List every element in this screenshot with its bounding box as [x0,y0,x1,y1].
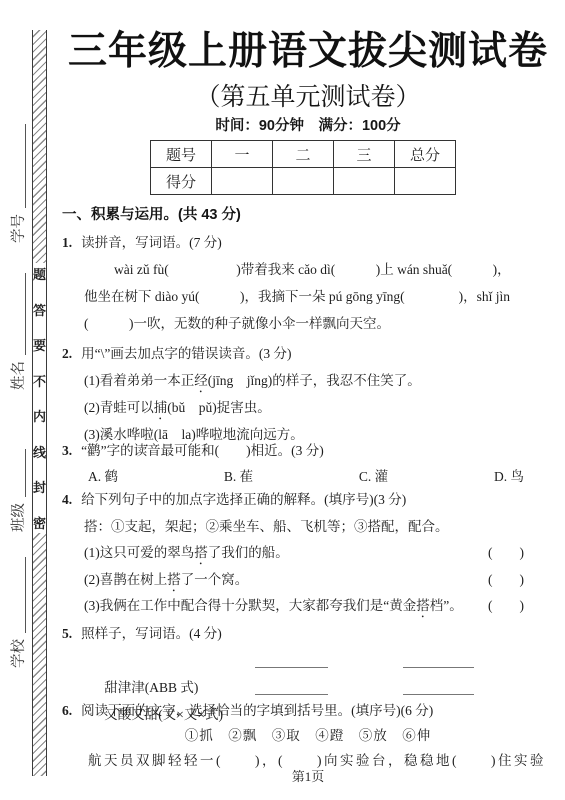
score-row-label: 得分 [151,168,212,195]
answer-parentheses: ( ) [488,540,554,567]
score-table-score-row: 得分 [151,168,456,195]
question-2-item-1: (1)看着弟弟一本正经(jīng jǐng)的样子，我忍不住笑了。 [62,367,554,394]
item-text: (1)这只可爱的翠鸟 [84,545,194,560]
seal-char: 题 [33,264,46,283]
score-header-cell: 二 [273,141,334,168]
seal-hatch-bottom [33,533,46,776]
question-6-text: 阅读下面的文字，选择恰当的字填到括号里。(填序号)(6 分) [81,703,433,718]
exam-time-score-info: 时间：90分钟 满分：100分 [62,114,554,135]
answer-blank-line [255,667,328,668]
question-2-text: 用“\”画去加点字的错误读音。(3 分) [81,346,291,361]
question-4-gloss: 搭：①支起，架起；②乘坐车、船、飞机等；③搭配，配合。 [62,514,554,541]
score-header-cell: 总分 [395,141,456,168]
seal-char: 封 [33,477,46,496]
score-empty-cell [334,168,395,195]
seal-char: 要 [33,335,46,354]
question-3-number: 3. [62,443,72,458]
question-5-number: 5. [62,626,72,641]
dotted-character: 搭 [167,572,181,587]
item-sentence: (2)喜鹊在树上搭了一个窝。 [84,567,248,594]
seal-char: 答 [33,300,46,319]
item-text: 了一个窝。 [181,572,249,587]
item-text: 了我们的船。 [208,545,289,560]
question-6-title: 6.阅读下面的文字，选择恰当的字填到括号里。(填序号)(6 分) [62,698,554,723]
answer-blank-line [403,694,474,695]
question-2-number: 2. [62,346,72,361]
question-1-text: 读拼音，写词语。(7 分) [81,235,222,250]
score-header-cell: 三 [334,141,395,168]
page-number: 第1页 [62,766,554,785]
exam-page: 三年级上册语文拔尖测试卷 （第五单元测试卷） 时间：90分钟 满分：100分 题… [62,0,554,800]
item-text: (2)喜鹊在树上 [84,572,167,587]
question-4-text: 给下列句子中的加点字选择正确的解释。(填序号)(3 分) [81,492,406,507]
dotted-character: 搭 [194,545,208,560]
school-text: 学校 [8,639,30,668]
item-sentence: (3)我俩在工作中配合得十分默契，大家都夸我们是“黄金搭档”。 [84,593,463,620]
seal-char: 密 [33,513,46,532]
dotted-character: 经 [194,373,208,388]
question-5-row-2: 又酸又甜(又×又×式) [62,674,554,701]
dotted-character: 捕 [154,400,168,415]
question-5-text: 照样子，写词语。(4 分) [81,626,222,641]
class-label: 班级 [8,436,30,532]
school-label: 学校 [8,542,30,668]
student-number-text: 学号 [8,214,30,243]
answer-blank-line [255,694,328,695]
seal-hatch-top [33,30,46,263]
question-5-row-1: 甜津津(ABB 式) [62,647,554,674]
score-header-cell: 一 [212,141,273,168]
question-4-title: 4.给下列句子中的加点字选择正确的解释。(填序号)(3 分) [62,487,554,514]
item-text: (bǔ pǔ)捉害虫。 [167,400,271,415]
question-6-number: 6. [62,703,72,718]
question-1-title: 1.读拼音，写词语。(7 分) [62,229,554,256]
class-blank [12,449,26,497]
question-1: 1.读拼音，写词语。(7 分) wài zǔ fù( )带着我来 cǎo dì(… [62,229,554,337]
dotted-character: 搭 [416,598,430,613]
seal-line-strip: 题 答 要 不 内 线 封 密 [32,30,47,776]
student-name-text: 姓名 [8,361,30,390]
item-text: (3)我俩在工作中配合得十分默契，大家都夸我们是“黄金 [84,598,416,613]
question-2-title: 2.用“\”画去加点字的错误读音。(3 分) [62,340,554,367]
question-5: 5.照样子，写词语。(4 分) 甜津津(ABB 式) 又酸又甜(又×又×式) [62,620,554,701]
item-sentence: (1)这只可爱的翠鸟搭了我们的船。 [84,540,289,567]
exam-title: 三年级上册语文拔尖测试卷 [62,20,554,76]
question-2-item-2: (2)青蛙可以捕(bǔ pǔ)捉害虫。 [62,394,554,421]
item-text: (1)看着弟弟一本正 [84,373,194,388]
question-1-line-3: ( )一吹，无数的种子就像小伞一样飘向天空。 [62,310,554,337]
question-1-line-2: 他坐在树下 diào yú( )，我摘下一朵 pú gōng yīng( )，s… [62,283,554,310]
item-text: (jīng jǐng)的样子，我忍不住笑了。 [208,373,421,388]
answer-parentheses: ( ) [488,567,554,594]
score-empty-cell [273,168,334,195]
question-3: 3.“鹳”字的读音最可能和( )相近。(3 分) A. 鹤 B. 萑 C. 灌 … [62,438,554,490]
seal-char: 不 [33,371,46,390]
question-4-item-2: (2)喜鹊在树上搭了一个窝。 ( ) [62,567,554,594]
score-empty-cell [395,168,456,195]
question-3-text: “鹳”字的读音最可能和( )相近。(3 分) [81,443,324,458]
seal-char: 内 [33,406,46,425]
section-one-heading: 一、积累与运用。(共 43 分) [62,203,241,224]
class-text: 班级 [8,503,30,532]
question-6-choices: ①抓 ②飘 ③取 ④蹬 ⑤放 ⑥伸 [62,723,554,748]
student-number-blank [12,124,26,208]
question-3-title: 3.“鹳”字的读音最可能和( )相近。(3 分) [62,438,554,464]
question-5-title: 5.照样子，写词语。(4 分) [62,620,554,647]
student-number-label: 学号 [8,113,30,243]
question-2: 2.用“\”画去加点字的错误读音。(3 分) (1)看着弟弟一本正经(jīng … [62,340,554,448]
question-1-line-1: wài zǔ fù( )带着我来 cǎo dì( )上 wán shuǎ( )， [62,256,554,283]
score-table-header-row: 题号 一 二 三 总分 [151,141,456,168]
item-text: 档”。 [430,598,463,613]
question-4: 4.给下列句子中的加点字选择正确的解释。(填序号)(3 分) 搭：①支起，架起；… [62,487,554,620]
score-header-cell: 题号 [151,141,212,168]
student-name-label: 姓名 [8,260,30,390]
answer-blank-line [403,667,474,668]
school-blank [12,557,26,633]
question-1-number: 1. [62,235,72,250]
score-table: 题号 一 二 三 总分 得分 [150,140,456,195]
question-4-item-3: (3)我俩在工作中配合得十分默契，大家都夸我们是“黄金搭档”。 ( ) [62,593,554,620]
exam-subtitle: （第五单元测试卷） [62,77,554,113]
item-text: (2)青蛙可以 [84,400,154,415]
question-6: 6.阅读下面的文字，选择恰当的字填到括号里。(填序号)(6 分) ①抓 ②飘 ③… [62,698,554,773]
question-4-number: 4. [62,492,72,507]
seal-char: 线 [33,442,46,461]
answer-parentheses: ( ) [488,593,554,620]
student-name-blank [12,273,26,355]
question-4-item-1: (1)这只可爱的翠鸟搭了我们的船。 ( ) [62,540,554,567]
seal-strip-text: 题 答 要 不 内 线 封 密 [33,263,46,533]
score-empty-cell [212,168,273,195]
